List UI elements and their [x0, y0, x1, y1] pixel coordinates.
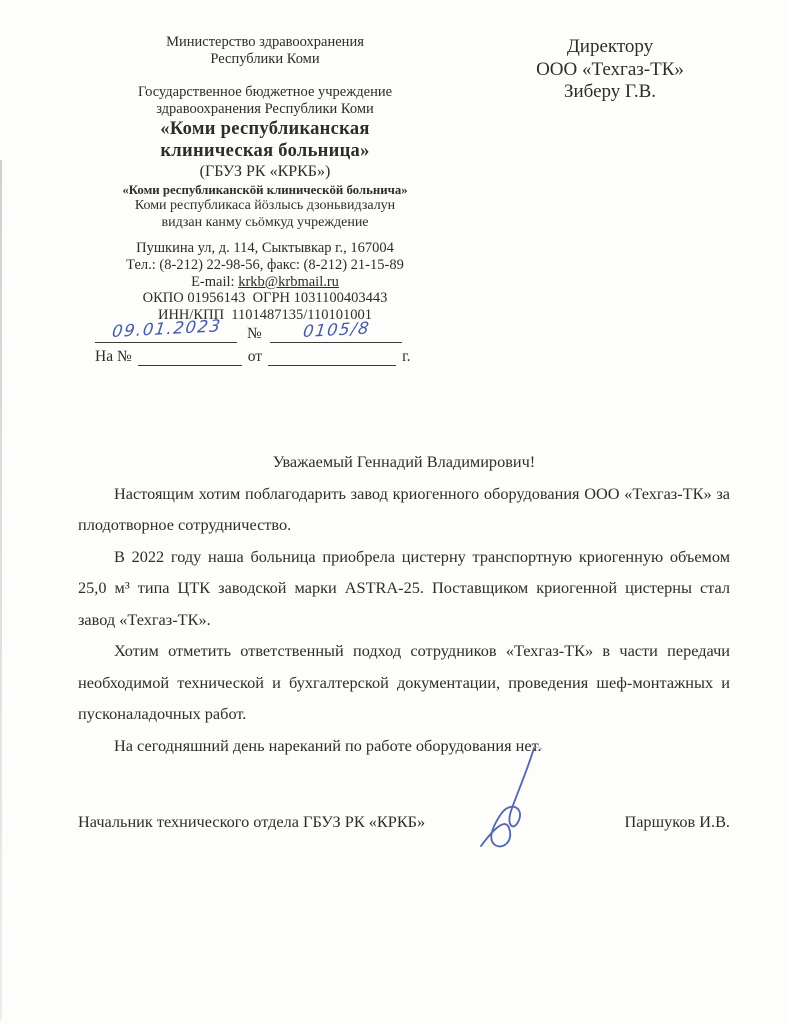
reply-from-label: от: [248, 348, 262, 366]
org-address: Пушкина ул, д. 114, Сыктывкар г., 167004: [58, 240, 472, 257]
reference-block: 09.01.2023 № 0105/8 На № от г.: [95, 322, 445, 366]
reply-number-underline: [138, 365, 242, 366]
org-komi-line-2: видзан канму сьöмкуд учреждение: [58, 215, 472, 232]
org-phone-fax: Тел.: (8-212) 22-98-56, факс: (8-212) 21…: [58, 257, 472, 274]
letter-body: Уважаемый Геннадий Владимирович! Настоящ…: [78, 446, 730, 761]
number-underline: 0105/8: [270, 322, 402, 343]
reply-label: На №: [95, 348, 132, 366]
ministry-line-1: Министерство здравоохранения: [58, 34, 472, 51]
letterhead-gap: [58, 231, 472, 240]
outgoing-date-number-row: 09.01.2023 № 0105/8: [95, 322, 445, 343]
org-type-line-1: Государственное бюджетное учреждение: [58, 84, 472, 101]
recipient-name: Зиберу Г.В.: [497, 81, 723, 104]
date-underline: 09.01.2023: [95, 322, 237, 343]
signer-name: Паршуков И.В.: [624, 812, 730, 832]
org-name-line-2: клиническая больница»: [58, 140, 472, 162]
recipient-block: Директору ООО «Техгаз-ТК» Зиберу Г.В.: [497, 36, 723, 104]
org-abbreviation: (ГБУЗ РК «КРКБ»): [58, 162, 472, 182]
recipient-company: ООО «Техгаз-ТК»: [497, 59, 723, 82]
letterhead: Министерство здравоохранения Республики …: [58, 34, 472, 324]
paragraph-no-complaints: На сегодняшний день нареканий по работе …: [78, 730, 730, 762]
email-address: krkb@krbmail.ru: [238, 274, 339, 290]
ministry-line-2: Республики Коми: [58, 51, 472, 68]
org-type-line-2: здравоохранения Республики Коми: [58, 101, 472, 118]
handwritten-signature: [452, 746, 584, 862]
org-komi-line-1: Коми республикаса йöзлысь дзоньвидзалун: [58, 198, 472, 215]
reply-year-label: г.: [402, 348, 410, 366]
reply-reference-row: На № от г.: [95, 348, 445, 366]
reply-date-underline: [268, 365, 396, 366]
org-name-line-1: «Коми республиканская: [58, 118, 472, 140]
salutation: Уважаемый Геннадий Владимирович!: [78, 446, 730, 478]
scanned-letter-page: Министерство здравоохранения Республики …: [0, 0, 786, 1024]
org-name-komi-bold: «Коми республиканскöй клиническöй больни…: [58, 182, 472, 198]
email-label: E-mail:: [191, 274, 238, 290]
letterhead-gap: [58, 68, 472, 84]
paragraph-staff: Хотим отметить ответственный подход сотр…: [78, 635, 730, 730]
recipient-title: Директору: [497, 36, 723, 59]
signer-position: Начальник технического отдела ГБУЗ РК «К…: [78, 812, 425, 832]
org-email-line: E-mail: krkb@krbmail.ru: [58, 274, 472, 291]
handwritten-number: 0105/8: [302, 318, 371, 341]
org-okpo-ogrn: ОКПО 01956143 ОГРН 1031100403443: [58, 290, 472, 307]
scan-edge-artifact: [0, 160, 2, 1020]
number-sign-label: №: [247, 325, 262, 343]
paragraph-thanks: Настоящим хотим поблагодарить завод крио…: [78, 478, 730, 541]
signature-row: Начальник технического отдела ГБУЗ РК «К…: [78, 812, 730, 832]
paragraph-purchase: В 2022 году наша больница приобрела цист…: [78, 541, 730, 636]
